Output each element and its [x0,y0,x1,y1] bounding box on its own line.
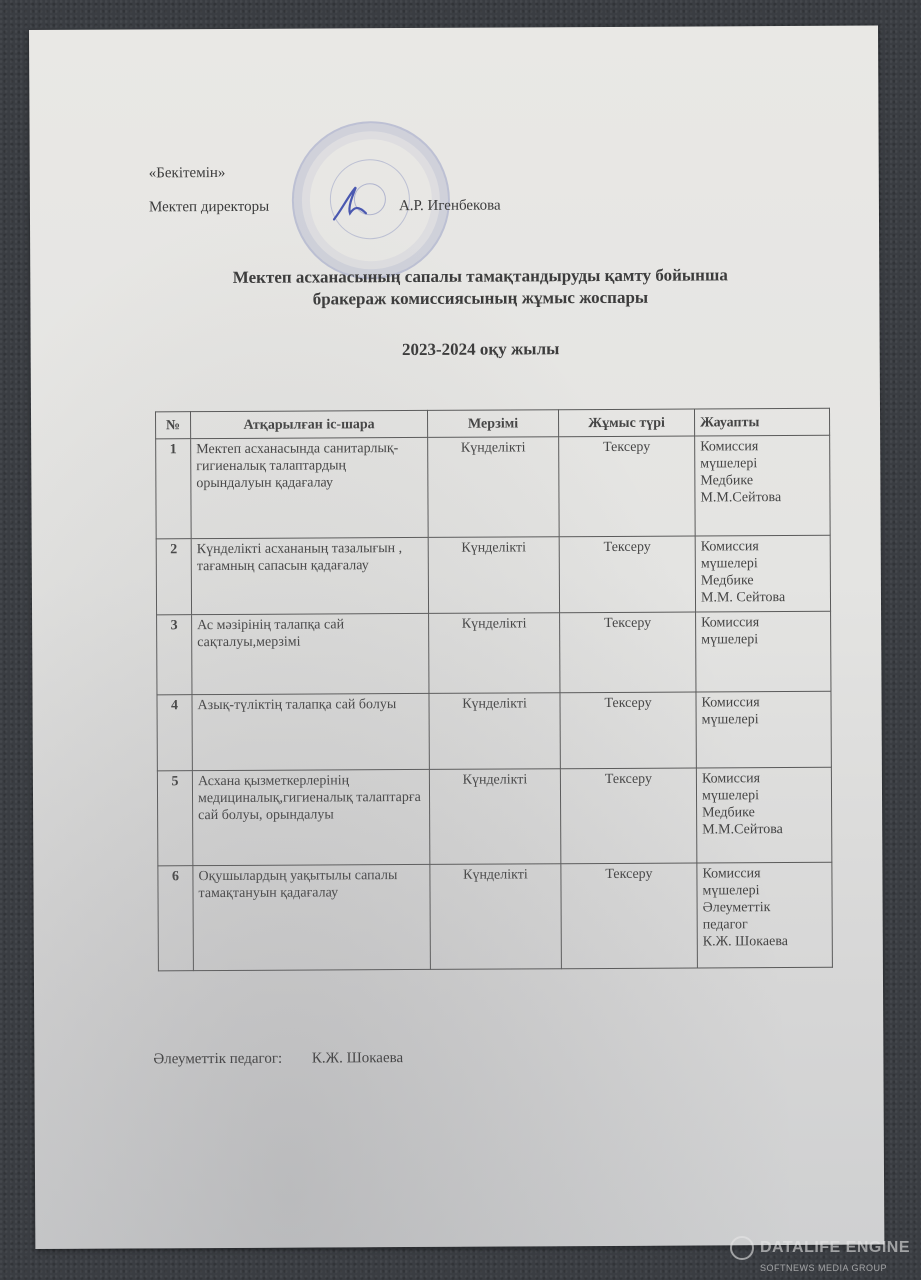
row-activity: Асхана қызметкерлерінің медициналық,гиги… [192,769,429,865]
col-activity: Атқарылған іс-шара [191,410,428,438]
responsible-line: Комиссия [701,694,825,712]
responsible-line: Комиссия [702,770,826,788]
row-activity: Азық-түліктің талапқа сай болуы [192,693,429,770]
row-term: Күнделікті [428,537,559,614]
table-row: 1Мектеп асханасында санитарлық-гигиеналы… [156,435,831,539]
responsible-line: Комиссия [701,614,825,632]
datalife-logo-icon [730,1236,754,1260]
row-number: 2 [156,539,191,615]
signature-icon [330,183,370,223]
table-body: 1Мектеп асханасында санитарлық-гигиеналы… [156,435,833,971]
row-term: Күнделікті [429,613,560,694]
row-responsible: Комиссиямүшелері [696,691,831,768]
director-role: Мектеп директоры [149,199,269,217]
row-activity: Мектеп асханасында санитарлық-гигиеналық… [191,437,429,538]
responsible-line: К.Ж. Шокаева [703,933,827,951]
title-line-2: бракераж комиссиясының жұмыс жоспары [130,286,830,312]
row-number: 1 [156,439,192,539]
responsible-line: М.М.Сейтова [702,821,826,839]
row-responsible: КомиссиямүшелеріМедбикеМ.М. Сейтова [695,535,830,612]
approval-label: «Бекітемін» [149,165,226,182]
footer-signature: Әлеуметтік педагог: К.Ж. Шокаева [153,1050,403,1068]
responsible-line: Комиссия [701,538,825,556]
watermark: DATALIFE ENGINE SOFTNEWS MEDIA GROUP [730,1236,910,1276]
col-term: Мерзімі [427,410,558,438]
responsible-line: Медбике [702,804,826,822]
row-term: Күнделікті [429,769,560,865]
footer-role: Әлеуметтік педагог: [153,1051,282,1068]
responsible-line: Комиссия [702,865,826,883]
table-header-row: № Атқарылған іс-шара Мерзімі Жұмыс түрі … [156,408,830,439]
responsible-line: М.М.Сейтова [700,489,824,507]
row-responsible: КомиссиямүшелеріМедбикеМ.М.Сейтова [696,767,831,863]
responsible-line: Медбике [700,472,824,490]
table-row: 6Оқушылардың уақытылы сапалы тамақтануын… [158,862,833,971]
watermark-subtitle: SOFTNEWS MEDIA GROUP [760,1260,910,1276]
work-plan-table: № Атқарылған іс-шара Мерзімі Жұмыс түрі … [155,408,833,972]
col-responsible: Жауапты [694,408,829,436]
row-term: Күнделікті [429,693,560,770]
document-title: Мектеп асханасының сапалы тамақтандыруды… [130,264,830,312]
row-number: 4 [157,695,192,771]
row-responsible: КомиссиямүшелеріӘлеуметтікпедагогК.Ж. Шо… [697,862,833,968]
table-row: 4Азық-түліктің талапқа сай болуыКүнделік… [157,691,831,771]
responsible-line: педагог [703,916,827,934]
row-term: Күнделікті [428,437,560,538]
academic-year: 2023-2024 оқу жылы [131,337,831,363]
row-kind: Тексеру [559,536,695,613]
table-row: 2Күнделікті асхананың тазалығын , тағамн… [156,535,830,615]
row-number: 5 [157,771,192,866]
row-kind: Тексеру [559,436,696,537]
row-kind: Тексеру [560,768,696,864]
row-responsible: КомиссиямүшелеріМедбикеМ.М.Сейтова [695,435,831,536]
responsible-line: Әлеуметтік [703,899,827,917]
row-kind: Тексеру [561,863,698,969]
row-kind: Тексеру [560,692,696,769]
responsible-line: Комиссия [700,438,824,456]
responsible-line: мүшелері [702,882,826,900]
row-activity: Күнделікті асхананың тазалығын , тағамны… [191,537,428,614]
row-term: Күнделікті [430,864,562,970]
responsible-line: Медбике [701,572,825,590]
row-responsible: Комиссиямүшелері [696,611,831,692]
row-activity: Ас мәзірінің талапқа сай сақталуы,мерзім… [192,613,429,694]
responsible-line: М.М. Сейтова [701,589,825,607]
director-name: А.Р. Игенбекова [399,198,501,216]
col-number: № [156,412,191,439]
title-line-1: Мектеп асханасының сапалы тамақтандыруды… [130,264,830,290]
document-page: «Бекітемін» Мектеп директоры А.Р. Игенбе… [29,26,884,1249]
responsible-line: мүшелері [701,555,825,573]
row-number: 3 [157,615,192,695]
col-kind: Жұмыс түрі [558,409,694,437]
table-row: 3Ас мәзірінің талапқа сай сақталуы,мерзі… [157,611,831,695]
footer-name: К.Ж. Шокаева [312,1050,403,1066]
row-kind: Тексеру [560,612,696,693]
responsible-line: мүшелері [701,631,825,649]
responsible-line: мүшелері [700,455,824,473]
row-number: 6 [158,866,194,971]
table-row: 5Асхана қызметкерлерінің медициналық,гиг… [157,767,831,866]
responsible-line: мүшелері [702,711,826,729]
responsible-line: мүшелері [702,787,826,805]
row-activity: Оқушылардың уақытылы сапалы тамақтануын … [193,864,431,970]
watermark-title: DATALIFE ENGINE [760,1239,910,1256]
